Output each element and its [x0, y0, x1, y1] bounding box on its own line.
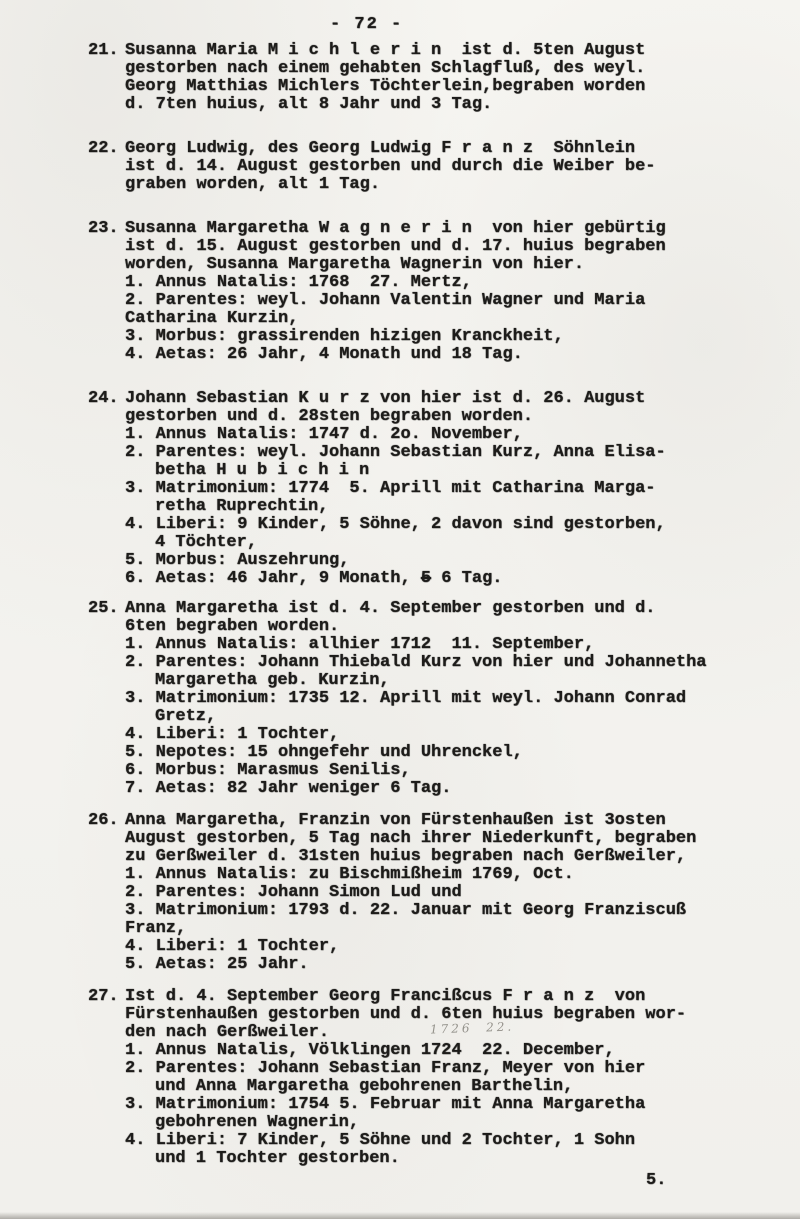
entry-line: 6. Aetas: 46 Jahr, 9 Monath, 5 6 Tag. [125, 570, 800, 588]
entry-line: Johann Sebastian K u r z von hier ist d.… [125, 390, 800, 408]
entry-line: zu Gerßweiler d. 31sten huius begraben n… [125, 848, 800, 866]
entry-line: 6ten begraben worden. [125, 618, 800, 636]
register-entries: 21.Susanna Maria M i c h l e r i n ist d… [0, 42, 800, 1168]
entry-number: 24. [88, 390, 125, 588]
register-entry: 21.Susanna Maria M i c h l e r i n ist d… [88, 42, 800, 114]
entry-line: Anna Margaretha, Franzin von Fürstenhauß… [125, 812, 800, 830]
entry-line: 7. Aetas: 82 Jahr weniger 6 Tag. [125, 780, 800, 798]
page-number: 5. [646, 1172, 666, 1190]
entry-line: 1. Annus Natalis: allhier 1712 11. Septe… [125, 636, 800, 654]
entry-line: gestorben und d. 28sten begraben worden. [125, 408, 800, 426]
entry-number: 22. [88, 140, 125, 194]
entry-line: retha Ruprechtin, [125, 498, 800, 516]
entry-line: 2. Parentes: Johann Thiebald Kurz von hi… [125, 654, 800, 672]
entry-line: graben worden, alt 1 Tag. [125, 176, 800, 194]
entry-line: August gestorben, 5 Tag nach ihrer Niede… [125, 830, 800, 848]
register-entry: 24.Johann Sebastian K u r z von hier ist… [88, 390, 800, 588]
entry-body: Susanna Maria M i c h l e r i n ist d. 5… [125, 42, 800, 114]
scanned-document-page: - 72 - 21.Susanna Maria M i c h l e r i … [0, 0, 800, 1219]
entry-line: 1. Annus Natalis: zu Bischmißheim 1769, … [125, 866, 800, 884]
entry-line: 3. Matrimonium: 1793 d. 22. Januar mit G… [125, 902, 800, 920]
entry-line: ist d. 14. August gestorben und durch di… [125, 158, 800, 176]
register-entry: 23.Susanna Margaretha W a g n e r i n vo… [88, 220, 800, 364]
register-entry: 27.Ist d. 4. September Georg Francißcus … [88, 988, 800, 1168]
handwritten-annotation: 1726 22. [430, 1021, 515, 1036]
entry-line: Ist d. 4. September Georg Francißcus F r… [125, 988, 800, 1006]
entry-line: 3. Morbus: grassirenden hizigen Kranckhe… [125, 328, 800, 346]
entry-body: Ist d. 4. September Georg Francißcus F r… [125, 988, 800, 1168]
entry-body: Anna Margaretha, Franzin von Fürstenhauß… [125, 812, 800, 974]
entry-body: Anna Margaretha ist d. 4. September gest… [125, 600, 800, 798]
text-segment: 6. Aetas: 46 Jahr, 9 Monath, [125, 569, 421, 588]
entry-number: 26. [88, 812, 125, 974]
entry-line: 4. Liberi: 7 Kinder, 5 Söhne und 2 Tocht… [125, 1132, 800, 1150]
entry-line: gestorben nach einem gehabten Schlagfluß… [125, 60, 800, 78]
entry-body: Georg Ludwig, des Georg Ludwig F r a n z… [125, 140, 800, 194]
register-entry: 25.Anna Margaretha ist d. 4. September g… [88, 600, 800, 798]
entry-line: 1. Annus Natalis, Völklingen 1724 22. De… [125, 1042, 800, 1060]
entry-line: ist d. 15. August gestorben und d. 17. h… [125, 238, 800, 256]
entry-number: 21. [88, 42, 125, 114]
entry-line: Gretz, [125, 708, 800, 726]
entry-body: Susanna Margaretha W a g n e r i n von h… [125, 220, 800, 364]
entry-line: 3. Matrimonium: 1754 5. Februar mit Anna… [125, 1096, 800, 1114]
entry-line: 4. Liberi: 9 Kinder, 5 Söhne, 2 davon si… [125, 516, 800, 534]
entry-line: Anna Margaretha ist d. 4. September gest… [125, 600, 800, 618]
entry-line: und 1 Tochter gestorben. [125, 1150, 800, 1168]
entry-line: 2. Parentes: weyl. Johann Valentin Wagne… [125, 292, 800, 310]
entry-line: 3. Matrimonium: 1735 12. Aprill mit weyl… [125, 690, 800, 708]
page-header-number: - 72 - [0, 0, 800, 34]
text-segment: 6 Tag. [431, 569, 502, 588]
entry-line: gebohrenen Wagnerin, [125, 1114, 800, 1132]
entry-line: 4. Liberi: 1 Tochter, [125, 726, 800, 744]
entry-line: d. 7ten huius, alt 8 Jahr und 3 Tag. [125, 96, 800, 114]
entry-line: worden, Susanna Margaretha Wagnerin von … [125, 256, 800, 274]
entry-line: 2. Parentes: weyl. Johann Sebastian Kurz… [125, 444, 800, 462]
entry-line: 5. Morbus: Auszehrung, [125, 552, 800, 570]
entry-line: 6. Morbus: Marasmus Senilis, [125, 762, 800, 780]
entry-line: 4 Töchter, [125, 534, 800, 552]
entry-line: betha H u b i c h i n [125, 462, 800, 480]
entry-line: 4. Liberi: 1 Tochter, [125, 938, 800, 956]
entry-line: 5. Nepotes: 15 ohngefehr und Uhrenckel, [125, 744, 800, 762]
entry-line: 4. Aetas: 26 Jahr, 4 Monath und 18 Tag. [125, 346, 800, 364]
entry-line: 1. Annus Natalis: 1768 27. Mertz, [125, 274, 800, 292]
entry-line: Georg Ludwig, des Georg Ludwig F r a n z… [125, 140, 800, 158]
entry-line: Susanna Maria M i c h l e r i n ist d. 5… [125, 42, 800, 60]
entry-body: Johann Sebastian K u r z von hier ist d.… [125, 390, 800, 588]
entry-line: 3. Matrimonium: 1774 5. Aprill mit Catha… [125, 480, 800, 498]
entry-line: Margaretha geb. Kurzin, [125, 672, 800, 690]
entry-line: 2. Parentes: Johann Simon Lud und [125, 884, 800, 902]
entry-line: und Anna Margaretha gebohrenen Barthelin… [125, 1078, 800, 1096]
register-entry: 22.Georg Ludwig, des Georg Ludwig F r a … [88, 140, 800, 194]
entry-line: 1. Annus Natalis: 1747 d. 2o. November, [125, 426, 800, 444]
entry-number: 27. [88, 988, 125, 1168]
entry-line: Susanna Margaretha W a g n e r i n von h… [125, 220, 800, 238]
entry-line: 2. Parentes: Johann Sebastian Franz, Mey… [125, 1060, 800, 1078]
entry-number: 23. [88, 220, 125, 364]
strikethrough-text: 5 [421, 569, 431, 588]
entry-line: Franz, [125, 920, 800, 938]
entry-line: Georg Matthias Michlers Töchterlein,begr… [125, 78, 800, 96]
entry-line: 5. Aetas: 25 Jahr. [125, 956, 800, 974]
entry-number: 25. [88, 600, 125, 798]
entry-line: Catharina Kurzin, [125, 310, 800, 328]
register-entry: 26.Anna Margaretha, Franzin von Fürstenh… [88, 812, 800, 974]
